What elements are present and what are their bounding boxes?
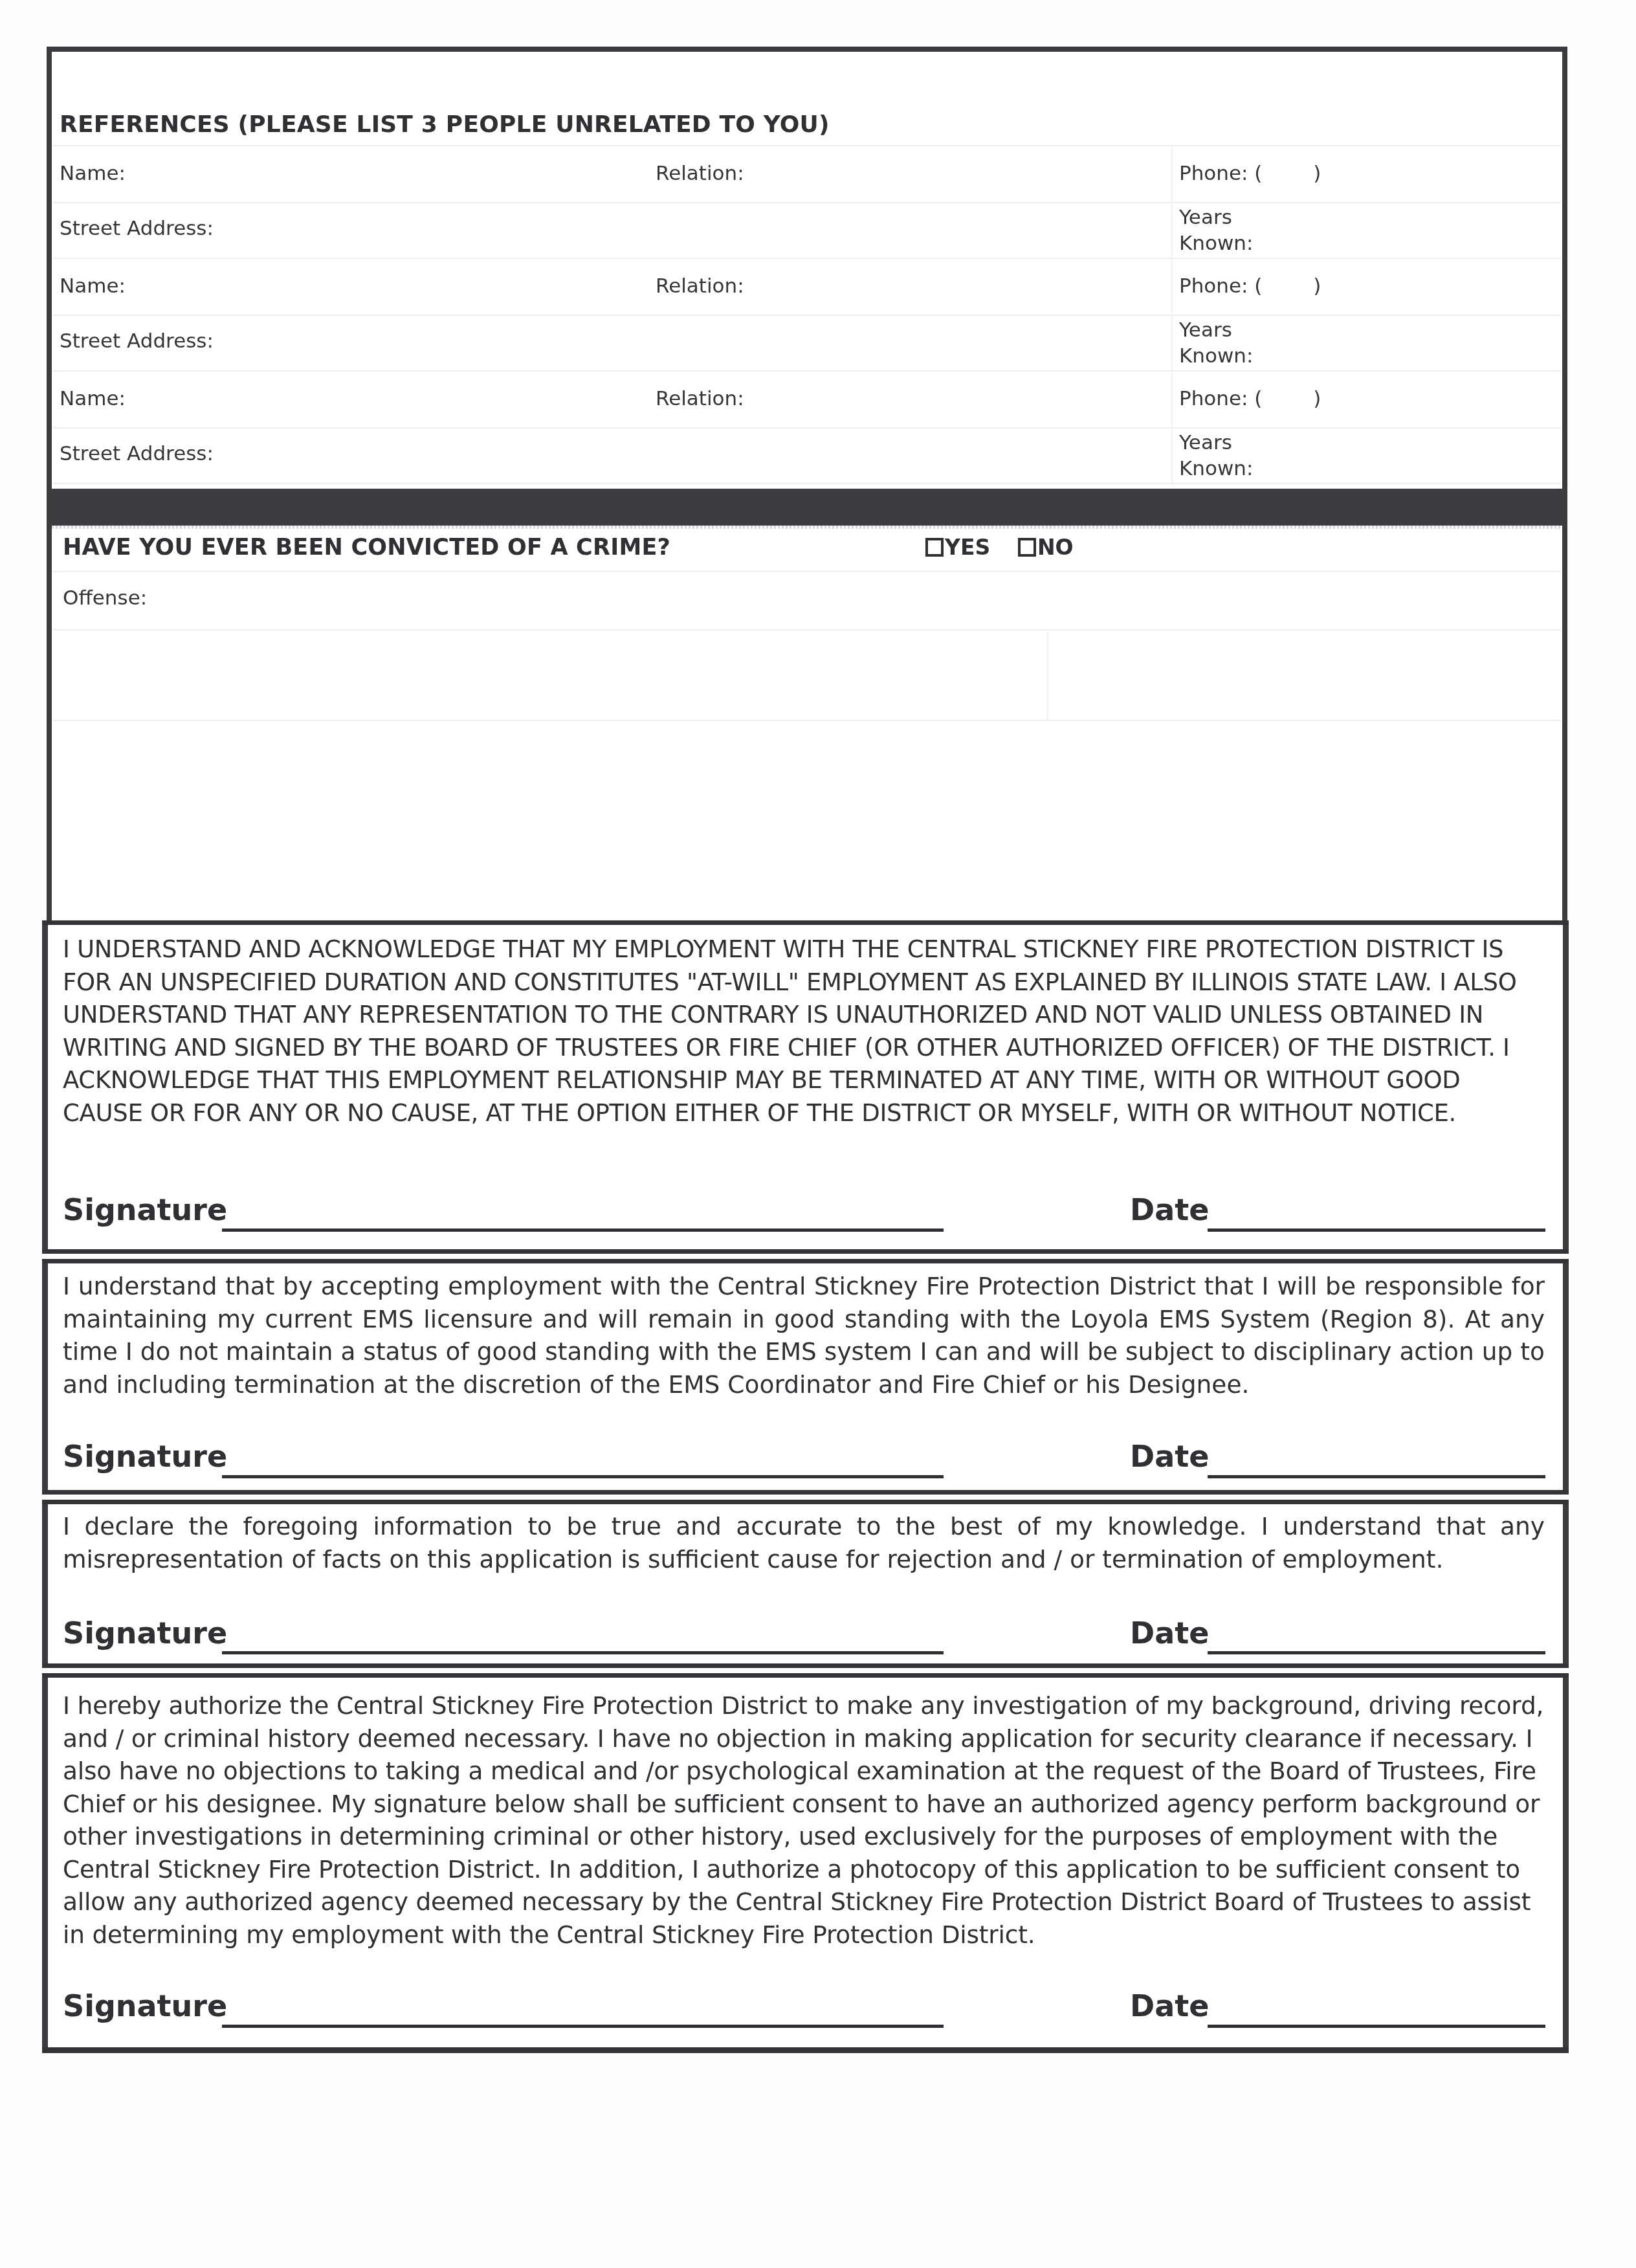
signature-label: Signature [63, 1439, 227, 1474]
divider [53, 629, 1561, 630]
divider [53, 202, 1561, 203]
offense-details-area[interactable] [58, 631, 1556, 916]
divider [53, 483, 1561, 484]
signature-label: Signature [63, 1988, 227, 2023]
references-heading: REFERENCES (PLEASE LIST 3 PEOPLE UNRELAT… [60, 111, 830, 138]
signature-line[interactable] [222, 1651, 944, 1654]
phone-field[interactable]: Phone: ( ) [1179, 161, 1321, 186]
years-known-label-1: Years [1179, 205, 1232, 230]
no-label: NO [1037, 535, 1074, 560]
relation-field[interactable]: Relation: [656, 386, 744, 412]
box-border [42, 1259, 1569, 1263]
box-border [42, 920, 1569, 925]
ems-licensure-text: I understand that by accepting employmen… [63, 1270, 1545, 1401]
at-will-acknowledgement-text: I UNDERSTAND AND ACKNOWLEDGE THAT MY EMP… [63, 933, 1545, 1129]
relation-field[interactable]: Relation: [656, 161, 744, 186]
street-address-field[interactable]: Street Address: [60, 441, 214, 467]
name-field[interactable]: Name: [60, 161, 126, 186]
signature-line[interactable] [222, 2025, 944, 2028]
yes-label: YES [945, 535, 990, 560]
years-known-label-2[interactable]: Known: [1179, 456, 1253, 482]
date-line[interactable] [1208, 1228, 1545, 1232]
name-field[interactable]: Name: [60, 273, 126, 299]
yes-checkbox[interactable] [925, 538, 944, 557]
signature-label: Signature [63, 1616, 227, 1651]
years-known-label-2[interactable]: Known: [1179, 343, 1253, 369]
signature-label: Signature [63, 1192, 227, 1227]
phone-field[interactable]: Phone: ( ) [1179, 273, 1321, 299]
date-line[interactable] [1208, 2025, 1545, 2028]
no-option[interactable]: NO [1018, 535, 1074, 560]
signature-line[interactable] [222, 1228, 944, 1232]
divider [53, 145, 1561, 146]
no-checkbox[interactable] [1018, 538, 1036, 557]
conviction-question: HAVE YOU EVER BEEN CONVICTED OF A CRIME? [63, 535, 670, 561]
dotted-rule [52, 526, 1562, 529]
signature-line[interactable] [222, 1475, 944, 1478]
date-label: Date [1130, 1439, 1209, 1474]
years-known-label-1: Years [1179, 317, 1232, 343]
box-border [42, 1249, 1569, 1254]
years-known-label-1: Years [1179, 430, 1232, 456]
phone-field[interactable]: Phone: ( ) [1179, 386, 1321, 412]
divider [53, 571, 1561, 572]
name-field[interactable]: Name: [60, 386, 126, 412]
declaration-text: I declare the foregoing information to b… [63, 1510, 1545, 1575]
date-label: Date [1130, 1988, 1209, 2023]
box-border [42, 1673, 1569, 1678]
box-border [42, 1663, 1569, 1668]
date-line[interactable] [1208, 1475, 1545, 1478]
date-line[interactable] [1208, 1651, 1545, 1654]
date-label: Date [1130, 1192, 1209, 1227]
divider [53, 427, 1561, 428]
divider [53, 370, 1561, 372]
street-address-field[interactable]: Street Address: [60, 216, 214, 241]
yes-option[interactable]: YES [925, 535, 990, 560]
date-label: Date [1130, 1616, 1209, 1651]
street-address-field[interactable]: Street Address: [60, 328, 214, 354]
years-known-label-2[interactable]: Known: [1179, 230, 1253, 256]
column-divider [1171, 146, 1173, 483]
box-border [42, 1500, 1569, 1504]
relation-field[interactable]: Relation: [656, 273, 744, 299]
divider [53, 258, 1561, 259]
box-border [42, 1490, 1569, 1495]
section-separator-bar [47, 489, 1567, 526]
box-border [42, 2047, 1569, 2053]
offense-field[interactable]: Offense: [63, 585, 147, 611]
background-check-authorization-text: I hereby authorize the Central Stickney … [63, 1689, 1545, 1951]
divider [53, 315, 1561, 316]
